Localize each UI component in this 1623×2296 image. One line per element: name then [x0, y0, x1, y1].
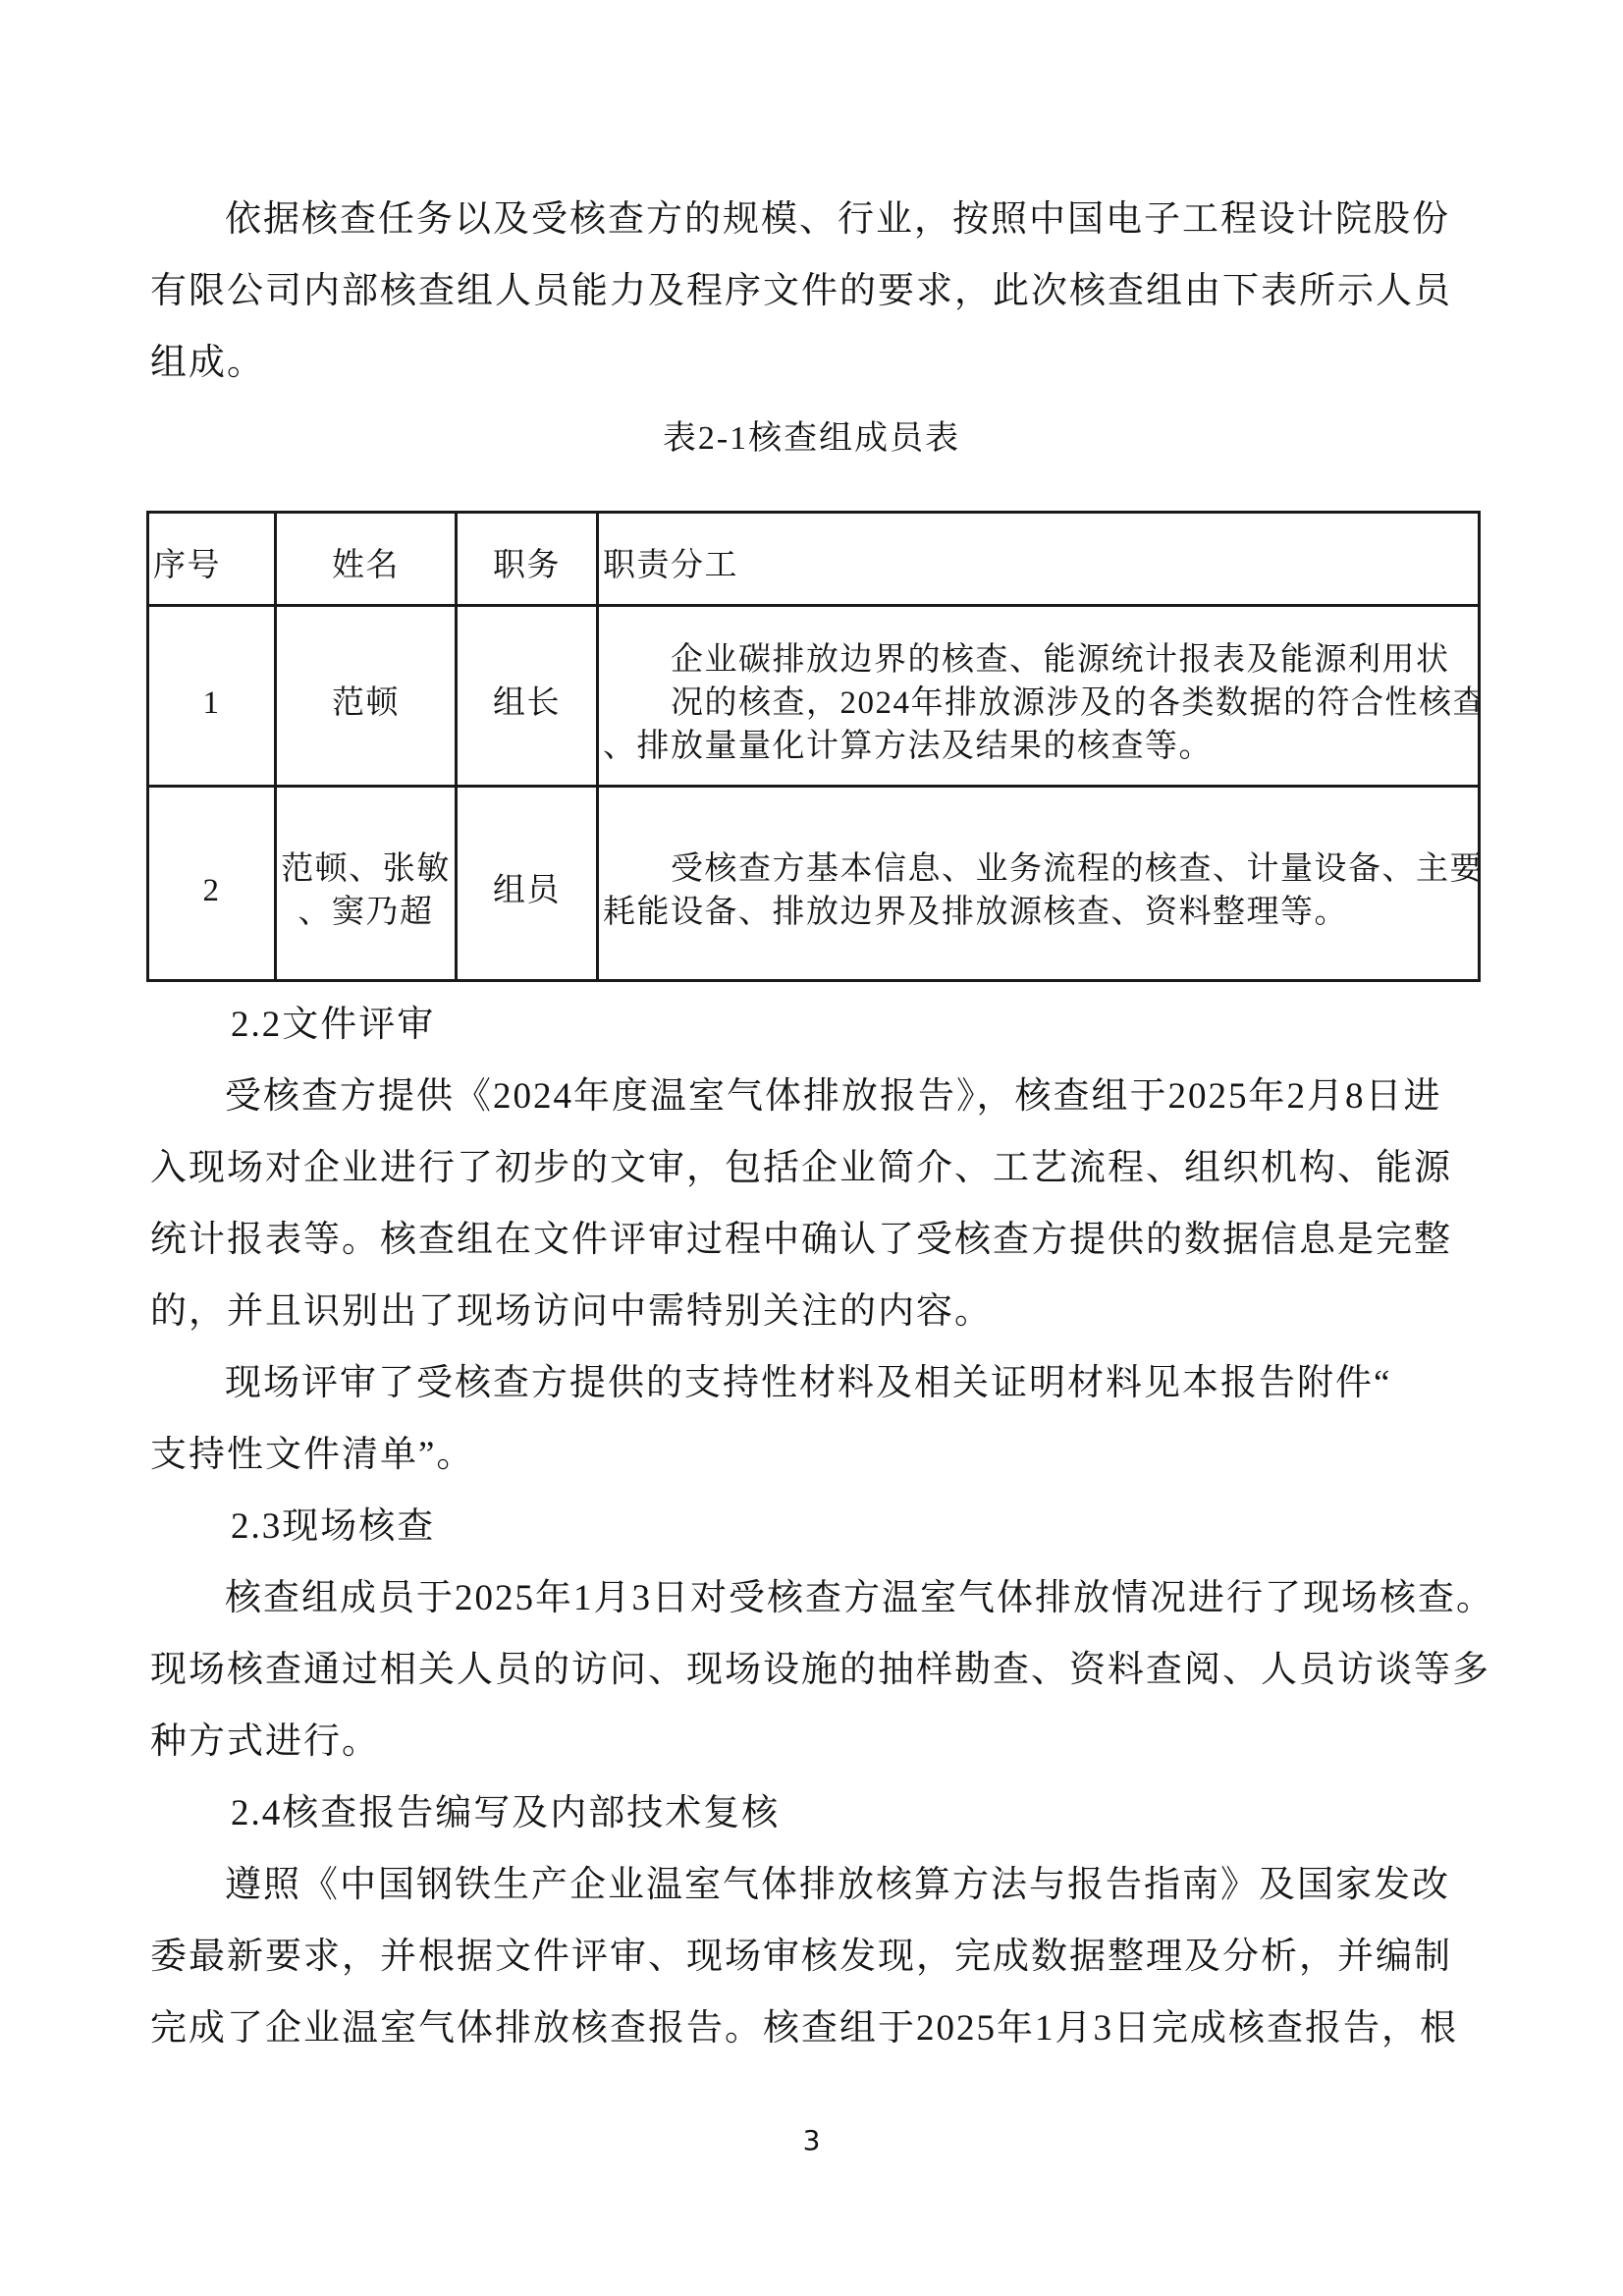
page-number: 3: [150, 2105, 1473, 2176]
paragraph-site-verification: 核查组成员于2025年1月3日对受核查方温室气体排放情况进行了现场核查。 现场核…: [150, 1562, 1473, 1777]
cell-name: 范顿、张敏 、窦乃超: [276, 787, 457, 981]
cell-duty: 受核查方基本信息、业务流程的核查、计量设备、主要 耗能设备、排放边界及排放源核查…: [598, 787, 1480, 981]
page-content: 依据核查任务以及受核查方的规模、行业，按照中国电子工程设计院股份 有限公司内部核…: [0, 0, 1623, 2176]
header-cell-name: 姓名: [276, 513, 457, 606]
verification-team-table: 序号 姓名 职务 职责分工 1 范顿 组长 企业碳排放边界的核查、能源统计报表及…: [146, 511, 1481, 982]
header-cell-no: 序号: [148, 513, 276, 606]
intro-paragraph: 依据核查任务以及受核查方的规模、行业，按照中国电子工程设计院股份 有限公司内部核…: [150, 184, 1473, 399]
cell-no: 1: [148, 606, 276, 787]
table-row: 1 范顿 组长 企业碳排放边界的核查、能源统计报表及能源利用状 况的核查，202…: [148, 606, 1480, 787]
cell-no: 2: [148, 787, 276, 981]
paragraph-document-review-1: 受核查方提供《2024年度温室气体排放报告》，核查组于2025年2月8日进 入现…: [150, 1061, 1473, 1347]
table-header-row: 序号 姓名 职务 职责分工: [148, 513, 1480, 606]
header-cell-duty: 职责分工: [598, 513, 1480, 606]
paragraph-document-review-2: 现场评审了受核查方提供的支持性材料及相关证明材料见本报告附件“ 支持性文件清单”…: [150, 1347, 1473, 1491]
cell-role: 组长: [457, 606, 598, 787]
section-heading-2-2: 2.2文件评审: [150, 989, 1473, 1061]
table-caption: 表2-1核查组成员表: [150, 403, 1473, 474]
document-page: 依据核查任务以及受核查方的规模、行业，按照中国电子工程设计院股份 有限公司内部核…: [0, 0, 1623, 2296]
cell-name: 范顿: [276, 606, 457, 787]
cell-role: 组员: [457, 787, 598, 981]
header-cell-role: 职务: [457, 513, 598, 606]
table-row: 2 范顿、张敏 、窦乃超 组员 受核查方基本信息、业务流程的核查、计量设备、主要…: [148, 787, 1480, 981]
section-heading-2-4: 2.4核查报告编写及内部技术复核: [150, 1777, 1473, 1849]
section-heading-2-3: 2.3现场核查: [150, 1491, 1473, 1562]
cell-duty: 企业碳排放边界的核查、能源统计报表及能源利用状 况的核查，2024年排放源涉及的…: [598, 606, 1480, 787]
paragraph-report-writing: 遵照《中国钢铁生产企业温室气体排放核算方法与报告指南》及国家发改 委最新要求，并…: [150, 1849, 1473, 2064]
